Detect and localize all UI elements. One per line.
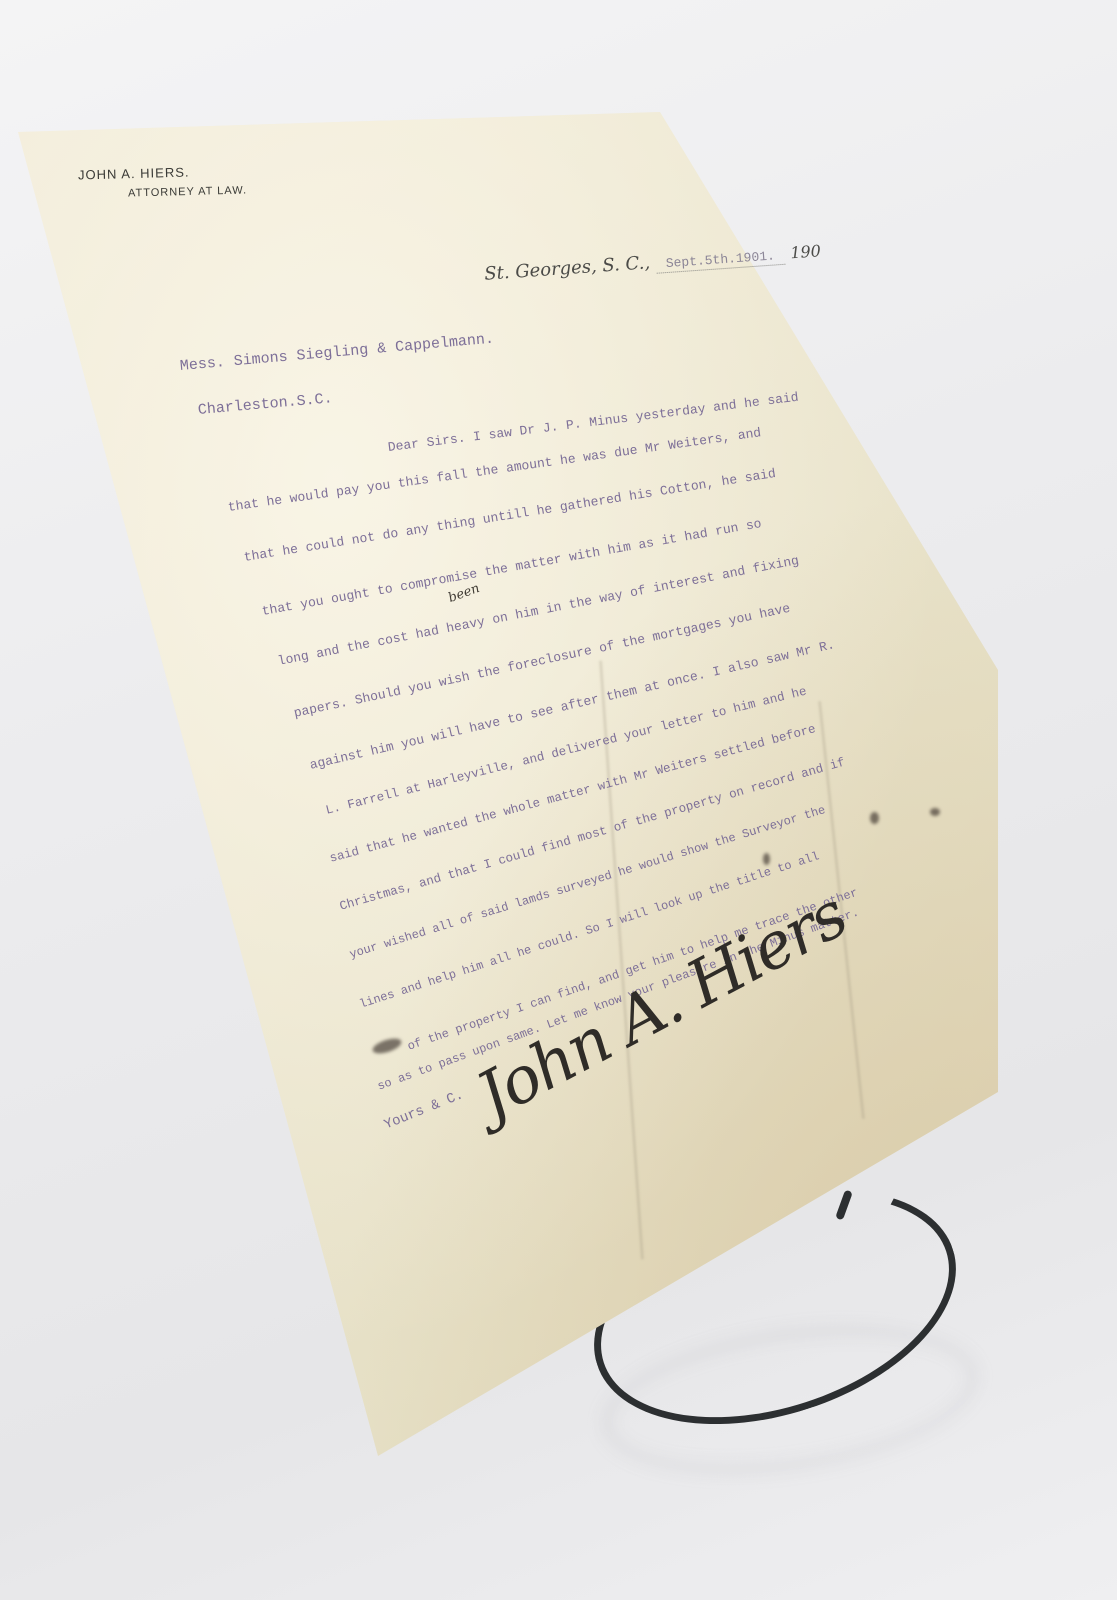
addressee-city: Charleston.S.C. <box>197 390 333 419</box>
letterhead-name: JOHN A. HIERS. <box>78 165 190 183</box>
photo-scene: JOHN A. HIERS. ATTORNEY AT LAW. St. Geor… <box>0 0 1117 1600</box>
closing: Yours & C. <box>382 1087 466 1133</box>
addressee: Mess. Simons Siegling & Cappelmann. <box>179 331 494 375</box>
letter-body-line: papers. Should you wish the foreclosure … <box>292 601 791 721</box>
ink-smudge <box>930 808 940 816</box>
letter-body-line: Dear Sirs. I saw Dr J. P. Minus yesterda… <box>387 390 799 455</box>
date-line: Sept.5th.1901. <box>655 243 785 274</box>
dateline: St. Georges, S. C., Sept.5th.1901. 190 <box>484 240 822 285</box>
ink-smudge <box>870 812 879 824</box>
letter-content: JOHN A. HIERS. ATTORNEY AT LAW. St. Geor… <box>0 0 1117 1600</box>
place-name: St. Georges, S. C., <box>484 252 651 285</box>
year-prefix: 190 <box>790 241 822 262</box>
ink-smudge <box>371 1036 403 1057</box>
letter-body-line: that you ought to compromise the matter … <box>261 516 763 619</box>
letter-body-line: that he could not do any thing untill he… <box>243 466 777 565</box>
letterhead-title: ATTORNEY AT LAW. <box>128 184 247 199</box>
ink-smudge <box>763 853 770 865</box>
letter-date: Sept.5th.1901. <box>665 248 775 271</box>
